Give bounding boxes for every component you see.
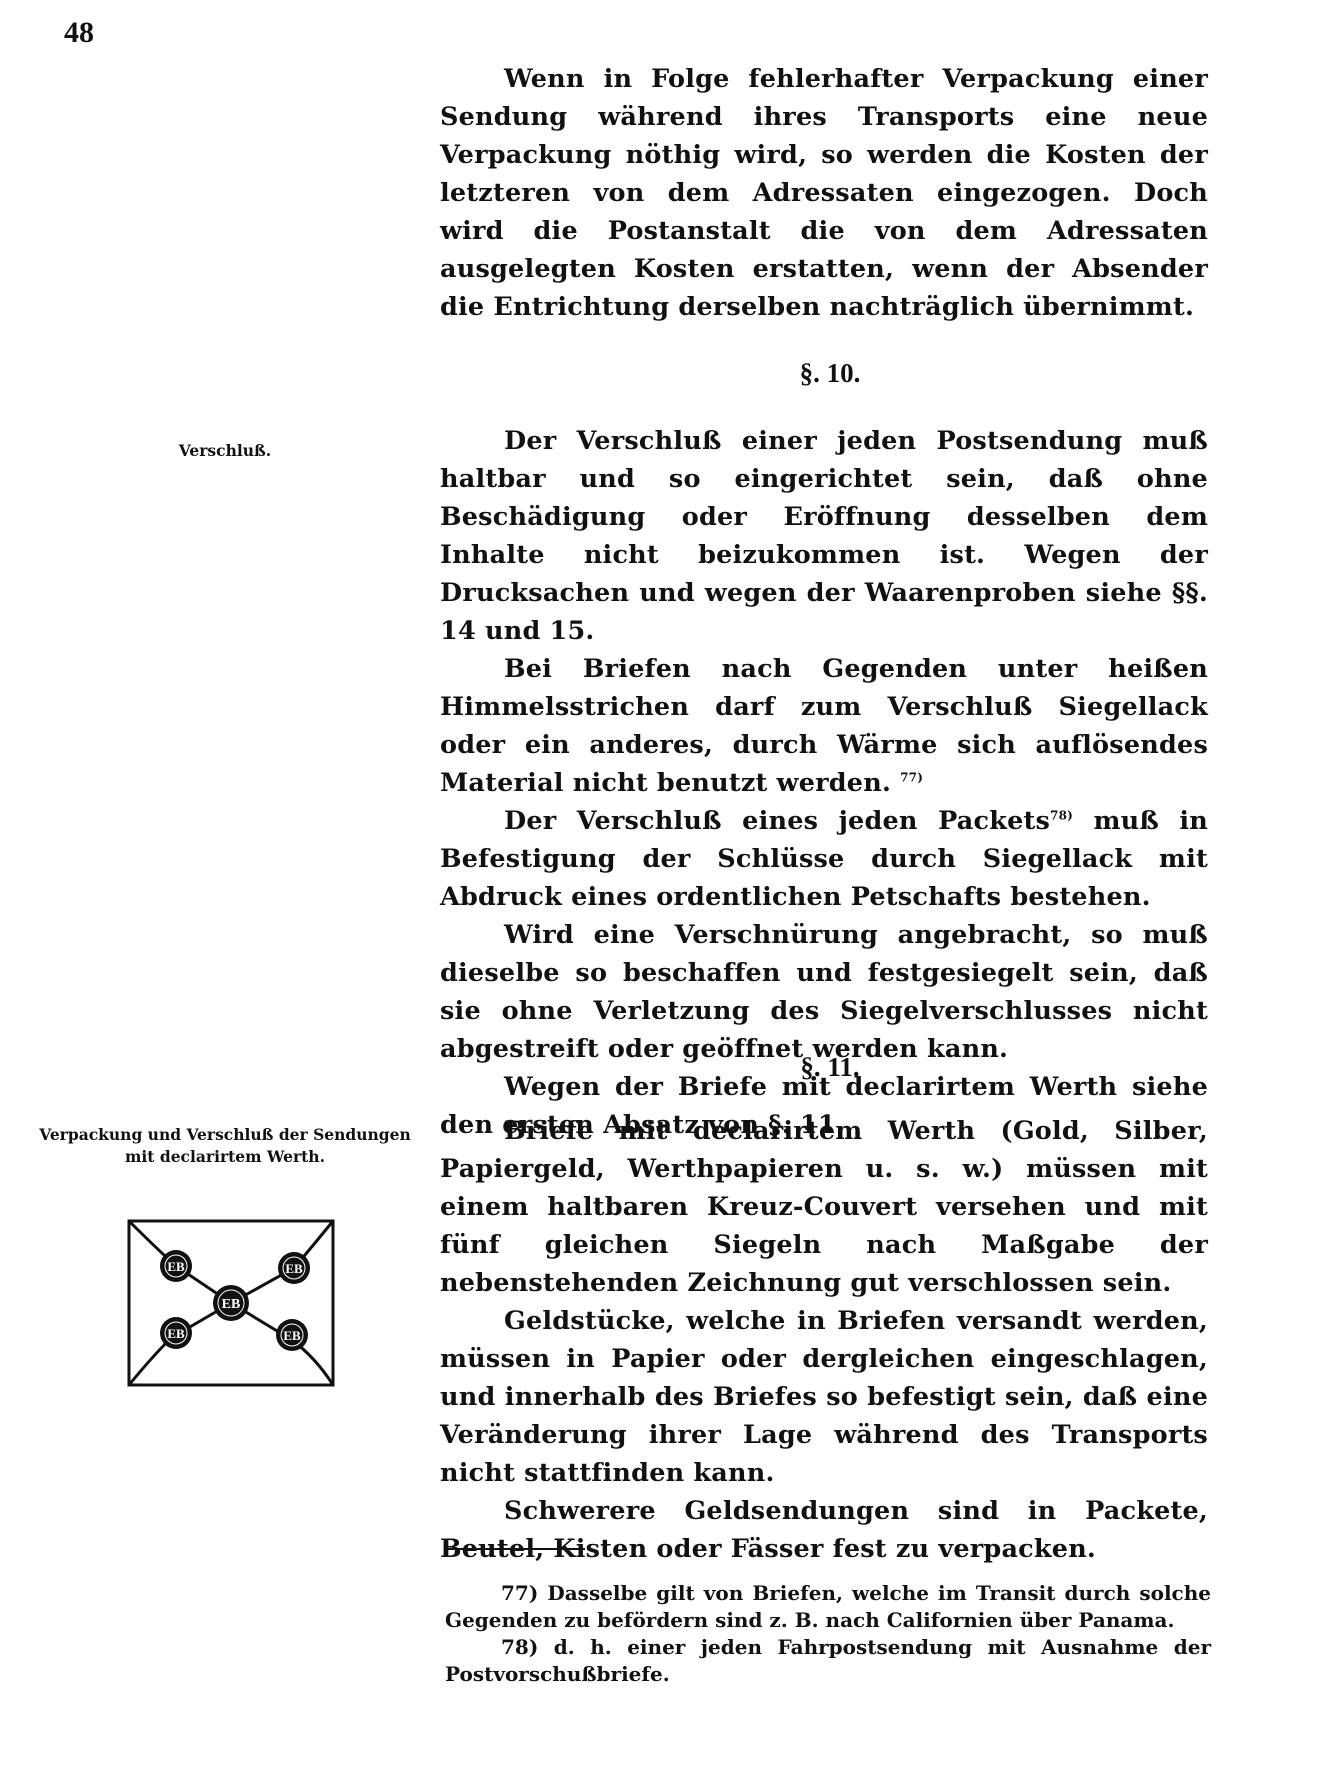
paragraph: Wird eine Verschnürung angebracht, so mu… — [440, 916, 1208, 1068]
paragraph: Der Verschluß einer jeden Postsendung mu… — [440, 422, 1208, 650]
svg-text:EB: EB — [167, 1326, 185, 1341]
seal-icon: EB — [160, 1317, 192, 1349]
section-11-body: Briefe mit declarirtem Werth (Gold, Silb… — [440, 1112, 1208, 1568]
paragraph: Schwerere Geldsendungen sind in Packete,… — [440, 1492, 1208, 1568]
footnote-text: Dasselbe gilt von Briefen, welche im Tra… — [445, 1581, 1211, 1632]
envelope-seals-figure: EB EB EB EB EB — [126, 1218, 336, 1390]
paragraph-text: Der Verschluß eines jeden Packets — [504, 806, 1050, 836]
svg-text:EB: EB — [167, 1259, 185, 1274]
margin-note-line: Verpackung und Verschluß der Sendungen — [20, 1124, 430, 1146]
svg-text:EB: EB — [222, 1297, 241, 1312]
seal-icon: EB — [276, 1319, 308, 1351]
svg-text:EB: EB — [285, 1261, 303, 1276]
section-heading-10: §. 10. — [730, 358, 930, 389]
svg-text:EB: EB — [283, 1328, 301, 1343]
margin-note-verpackung: Verpackung und Verschluß der Sendungen m… — [20, 1124, 430, 1168]
seal-icon: EB — [213, 1285, 249, 1321]
footnote-77: 77) Dasselbe gilt von Briefen, welche im… — [445, 1580, 1211, 1634]
footnote-divider — [445, 1548, 585, 1550]
paragraph: Briefe mit declarirtem Werth (Gold, Silb… — [440, 1112, 1208, 1302]
footnotes: 77) Dasselbe gilt von Briefen, welche im… — [445, 1580, 1211, 1688]
page-number: 48 — [64, 16, 94, 50]
paragraph: Bei Briefen nach Gegenden unter heißen H… — [440, 650, 1208, 802]
paragraph: Geldstücke, welche in Briefen versandt w… — [440, 1302, 1208, 1492]
footnote-text: d. h. einer jeden Fahrpostsendung mit Au… — [445, 1635, 1211, 1686]
paragraph: Wenn in Folge fehlerhafter Verpackung ei… — [440, 60, 1208, 326]
footnote-78: 78) d. h. einer jeden Fahrpostsendung mi… — [445, 1634, 1211, 1688]
seal-icon: EB — [278, 1252, 310, 1284]
margin-note-line: mit declarirtem Werth. — [20, 1146, 430, 1168]
paragraph-text: Bei Briefen nach Gegenden unter heißen H… — [440, 654, 1208, 798]
section-intro: Wenn in Folge fehlerhafter Verpackung ei… — [440, 60, 1208, 326]
seal-icon: EB — [160, 1250, 192, 1282]
section-heading-11: §. 11. — [730, 1052, 930, 1083]
footnote-marker: 78) — [501, 1635, 538, 1659]
margin-note-verschluss: Verschluß. — [150, 440, 300, 462]
paragraph: Der Verschluß eines jeden Packets78) muß… — [440, 802, 1208, 916]
section-10-body: Der Verschluß einer jeden Postsendung mu… — [440, 422, 1208, 1144]
footnote-marker: 77) — [501, 1581, 538, 1605]
footnote-ref-78[interactable]: 78) — [1050, 809, 1073, 823]
footnote-ref-77[interactable]: 77) — [900, 771, 923, 785]
